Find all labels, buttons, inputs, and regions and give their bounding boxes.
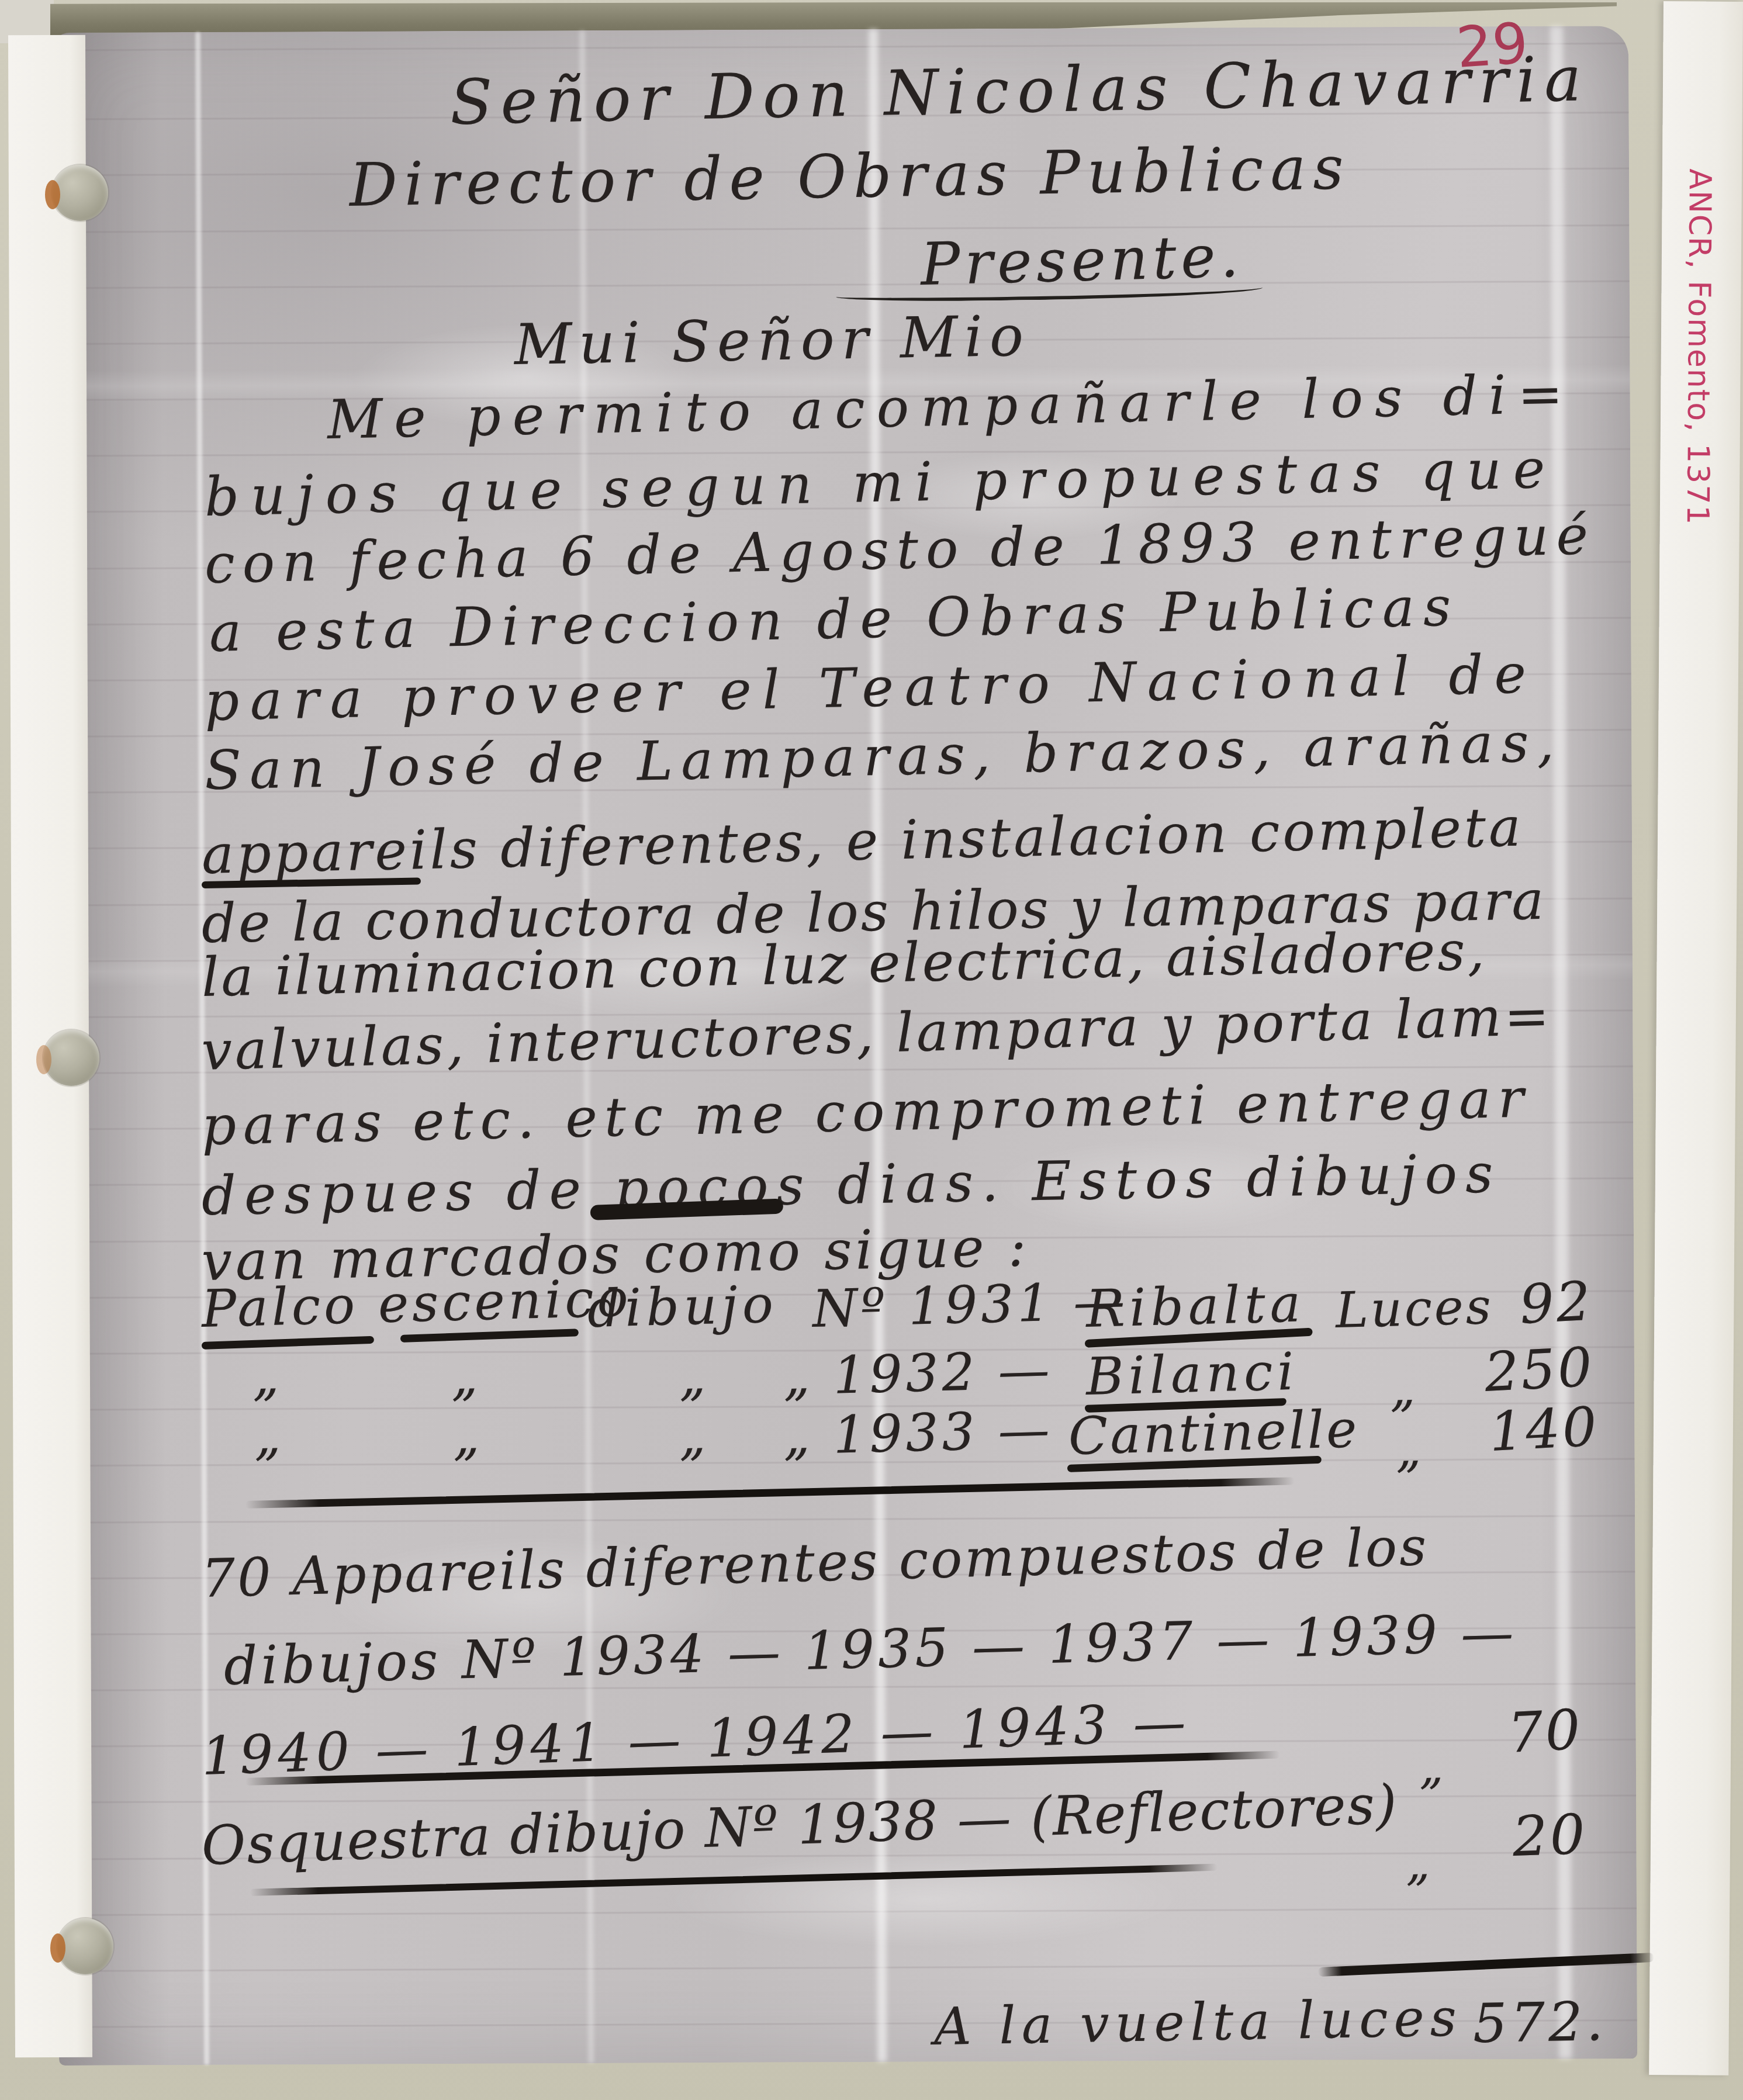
schedule-row2-number: „ 1932 —: [783, 1342, 1054, 1406]
rust-mark-icon: [45, 180, 60, 209]
carry-value: 572.: [1472, 1992, 1607, 2053]
salutation: Mui Señor Mio: [514, 306, 1030, 376]
schedule-row1-number: Nº 1931 —: [812, 1273, 1129, 1338]
punch-hole-middle: [43, 1030, 99, 1086]
schedule-row2-unit: „: [1389, 1361, 1416, 1416]
scan-backing: { "document": { "annotations": { "page_n…: [0, 0, 1743, 2100]
punch-hole-bottom: [57, 1918, 113, 1974]
archive-label-strip: ANCR, Fomento, 1371: [1649, 1, 1743, 2075]
appareils-value: 70: [1506, 1700, 1584, 1764]
schedule-row2-ditto-1: „: [252, 1348, 279, 1406]
schedule-row3-unit: „: [1395, 1422, 1422, 1476]
carry-label: A la vuelta luces: [933, 1990, 1462, 2056]
rust-mark-icon: [50, 1933, 65, 1963]
schedule-row1-value: 92: [1518, 1272, 1594, 1335]
schedule-row1-item: Palco escenico: [201, 1270, 632, 1338]
schedule-row3-ditto-2: „: [452, 1408, 480, 1465]
schedule-row2-name: Bilanci: [1085, 1344, 1299, 1406]
schedule-row3-number: „ 1933 —: [783, 1402, 1054, 1465]
schedule-row1-label: dibujo: [587, 1276, 779, 1337]
schedule-row3-value: 140: [1488, 1397, 1600, 1462]
rust-mark-icon: [36, 1045, 51, 1074]
punch-hole-top: [52, 165, 108, 221]
schedule-row3-ditto-1: „: [254, 1408, 281, 1465]
schedule-row1-name: Ribalta: [1085, 1275, 1306, 1338]
schedule-row3-ditto-3: „: [679, 1408, 706, 1465]
orchestra-unit: „: [1405, 1838, 1430, 1890]
schedule-row2-ditto-2: „: [451, 1348, 478, 1406]
orchestra-value: 20: [1512, 1805, 1588, 1868]
schedule-row2-ditto-3: „: [679, 1348, 706, 1406]
schedule-row2-value: 250: [1483, 1337, 1596, 1402]
schedule-row1-unit: Luces: [1335, 1279, 1494, 1337]
archive-reference: ANCR, Fomento, 1371: [1680, 168, 1717, 525]
appareils-unit: „: [1419, 1741, 1444, 1793]
